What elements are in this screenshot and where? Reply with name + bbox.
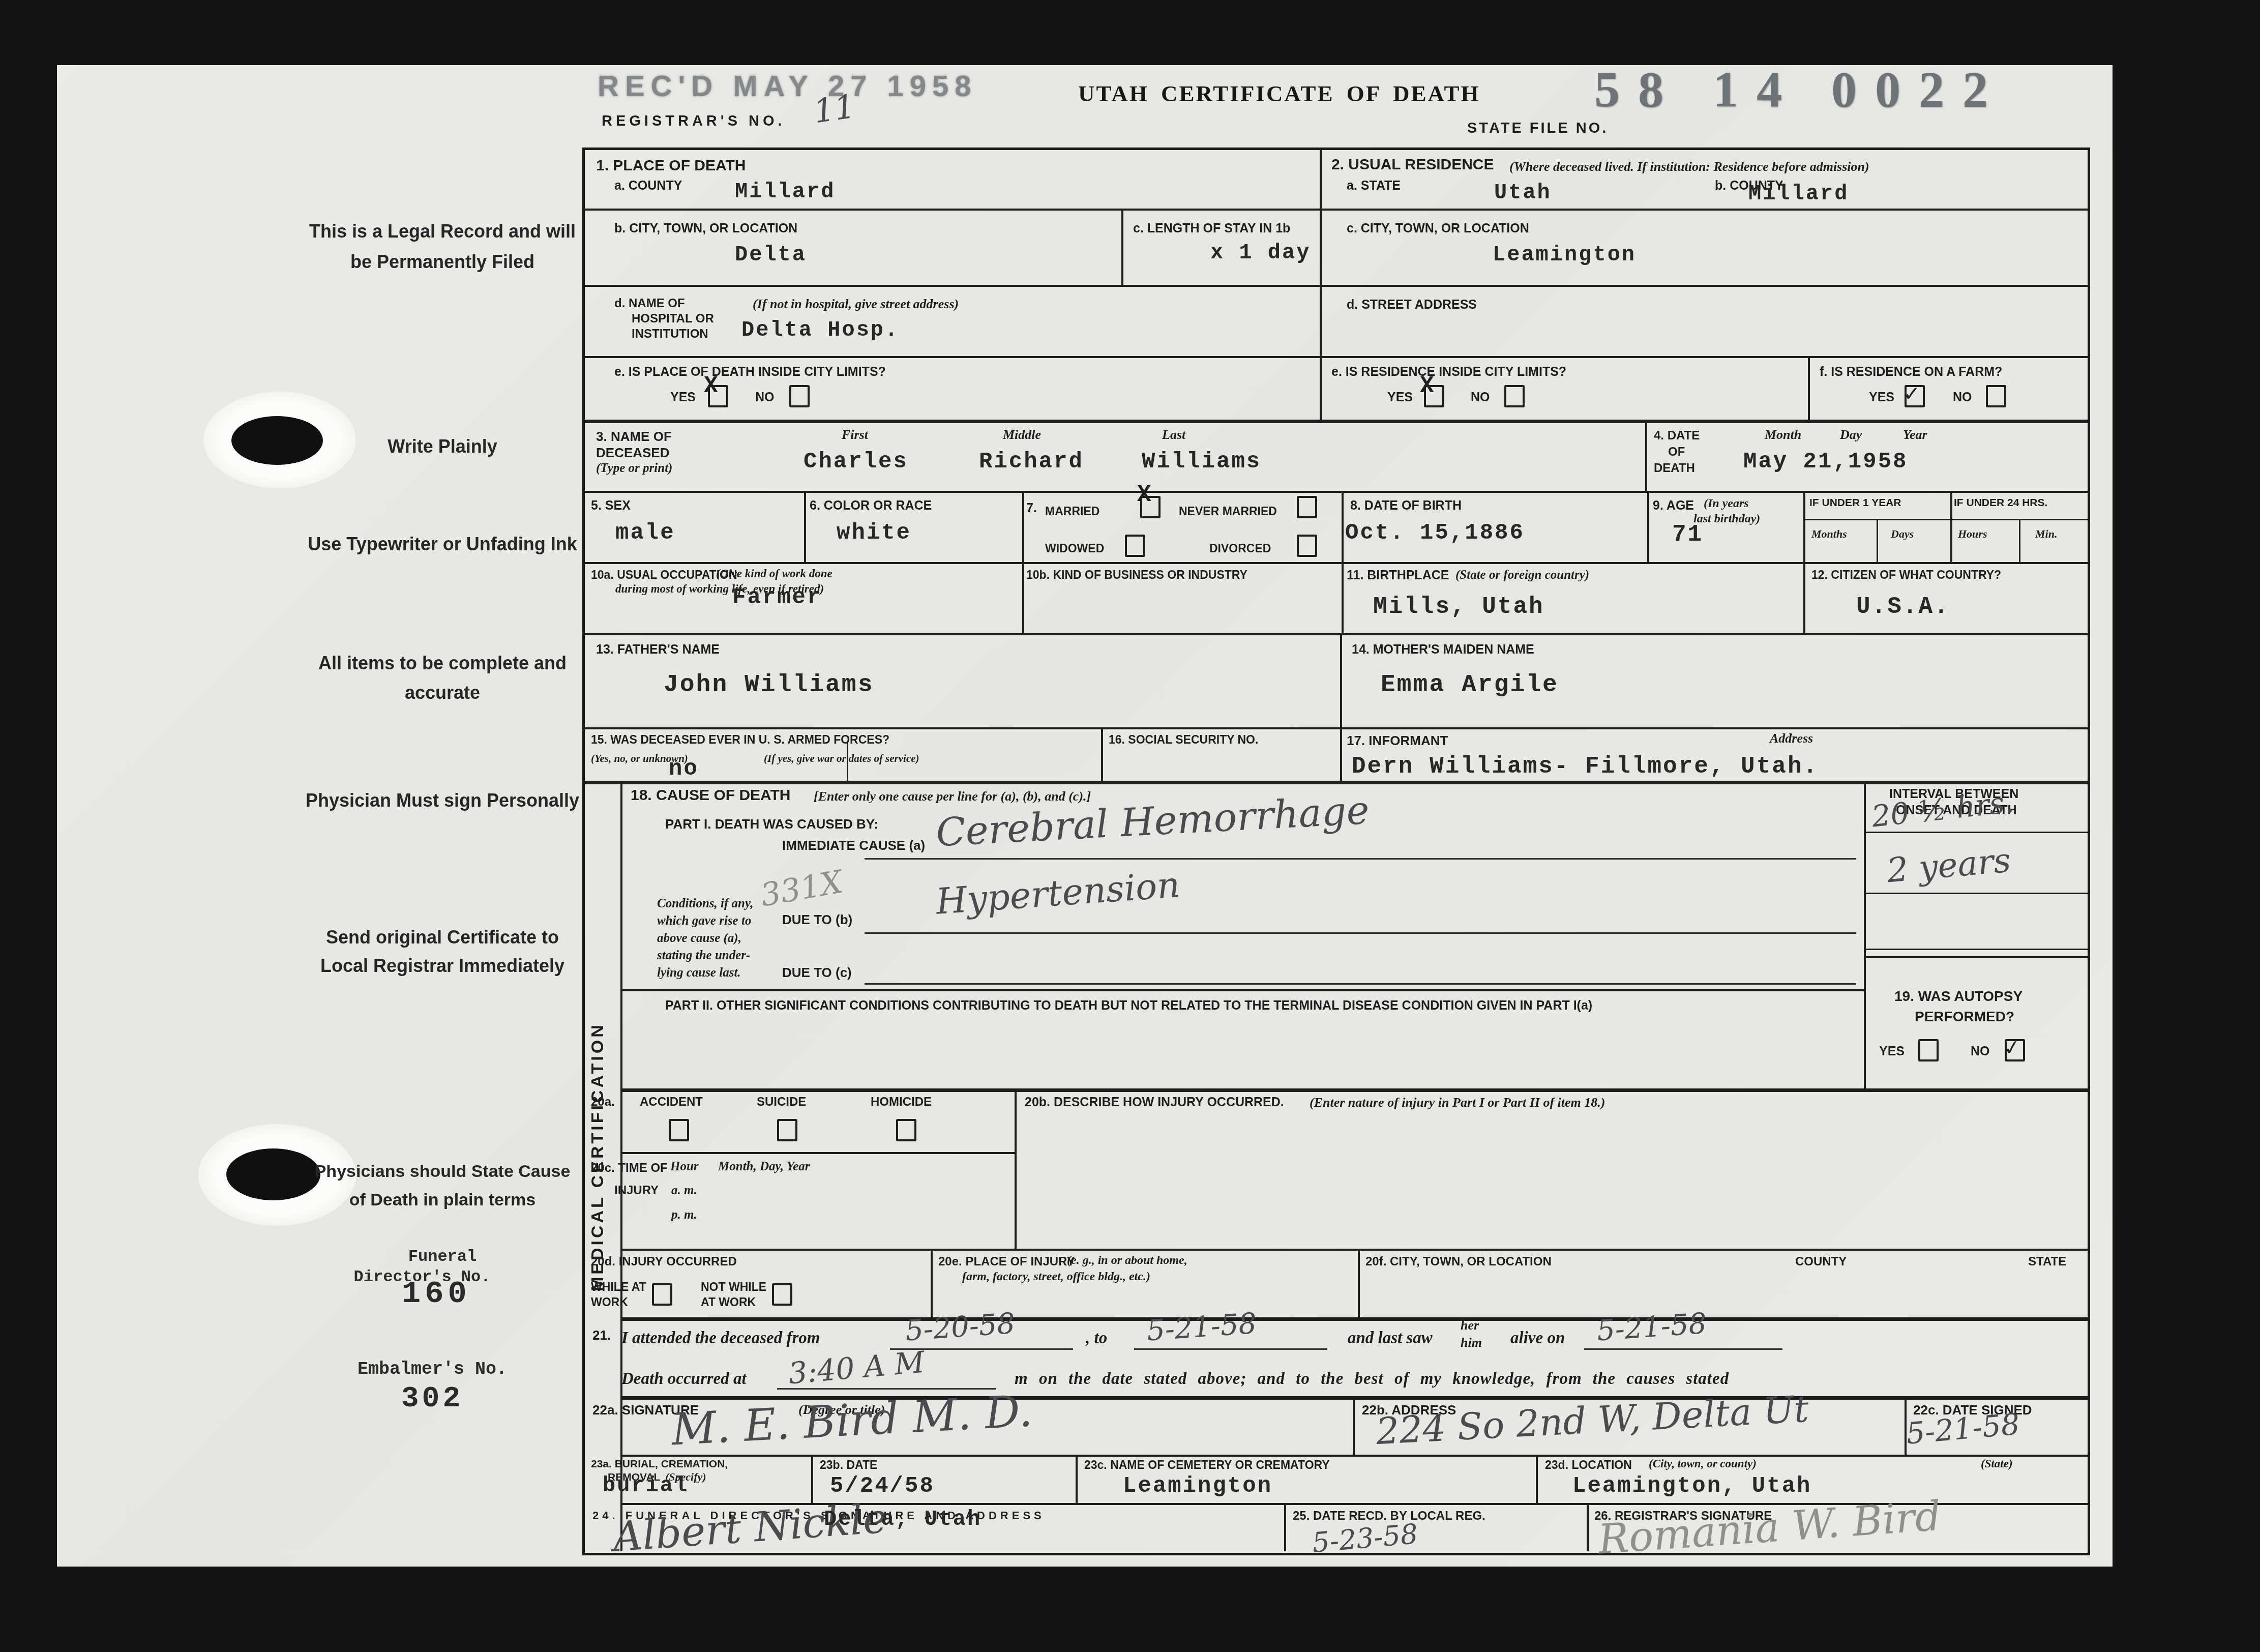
field21-text2: , to <box>1086 1329 1107 1348</box>
field3-title3: (Type or print) <box>596 461 672 476</box>
field2e-yes-label: YES <box>1387 390 1413 405</box>
margin-note-send-original: Send original Certificate to Local Regis… <box>305 923 580 980</box>
field1e-no-checkbox <box>789 385 810 407</box>
field2e-yes-mark: X <box>1420 373 1434 399</box>
field2f-no-label: NO <box>1953 390 1972 405</box>
state-file-label: STATE FILE NO. <box>1467 120 1608 137</box>
field2c-value: Leamington <box>1493 243 1636 267</box>
field14-value: Emma Argile <box>1381 671 1559 699</box>
field18-due-c-label: DUE TO (c) <box>782 965 852 981</box>
field9-note: (In years <box>1704 497 1749 511</box>
field4-title2: OF <box>1668 445 1685 459</box>
field20e-note1: (e. g., in or about home, <box>1067 1254 1187 1267</box>
field1-title: 1. PLACE OF DEATH <box>596 157 746 174</box>
field21-time-value: 3:40 A M <box>787 1344 926 1391</box>
field21-him-label: him <box>1461 1335 1482 1350</box>
field10a-value: Farmer <box>732 585 822 610</box>
field20a-homicide-label: HOMICIDE <box>871 1095 932 1109</box>
field20f-label: 20f. CITY, TOWN, OR LOCATION <box>1365 1255 1552 1269</box>
field21-to-date: 5-21-58 <box>1146 1307 1258 1348</box>
field15-label: 15. WAS DECEASED EVER IN U. S. ARMED FOR… <box>591 733 889 747</box>
field2a-label: a. STATE <box>1347 179 1401 193</box>
field2f-label: f. IS RESIDENCE ON A FARM? <box>1820 365 2002 379</box>
embalmers-no-value: 302 <box>356 1382 509 1415</box>
field1c-value: x 1 day <box>1210 241 1311 265</box>
field18-note: [Enter only one cause per line for (a), … <box>814 789 1091 804</box>
field20e-label: 20e. PLACE OF INJURY <box>938 1255 1075 1269</box>
field7-widowed-label: WIDOWED <box>1045 542 1104 555</box>
field20b-label: 20b. DESCRIBE HOW INJURY OCCURRED. <box>1025 1095 1284 1110</box>
field3-first-label: First <box>842 427 868 442</box>
field20a-suicide-label: SUICIDE <box>757 1095 806 1109</box>
field11-value: Mills, Utah <box>1373 594 1544 620</box>
field4-value: May 21,1958 <box>1743 449 1908 475</box>
field21-text3: and last saw <box>1348 1329 1433 1348</box>
field20d-while-checkbox <box>652 1283 672 1306</box>
field9-under1yr-label: IF UNDER 1 YEAR <box>1809 497 1901 509</box>
field17-value: Dern Williams- Fillmore, Utah. <box>1352 753 1819 780</box>
field18-part2-label: PART II. OTHER SIGNIFICANT CONDITIONS CO… <box>665 998 1592 1013</box>
field18-conditions-note3: above cause (a), <box>657 931 741 946</box>
field21-text1: I attended the deceased from <box>621 1329 820 1348</box>
field6-value: white <box>837 520 911 546</box>
field2a-value: Utah <box>1494 181 1552 205</box>
field7-married-mark: X <box>1137 482 1151 508</box>
field4-day-label: Day <box>1840 427 1862 442</box>
field20c-mdy-label: Month, Day, Year <box>718 1160 810 1174</box>
field18-label: 18. CAUSE OF DEATH <box>631 787 791 804</box>
field18-code-pencil: 331X <box>758 863 846 913</box>
field9-under24hrs-label: IF UNDER 24 HRS. <box>1954 497 2047 509</box>
field9-note2: last birthday) <box>1693 512 1760 526</box>
field1e-yes-mark: X <box>704 373 718 399</box>
field1c-label: c. LENGTH OF STAY IN 1b <box>1133 221 1290 236</box>
field19-yes-checkbox <box>1918 1039 1939 1061</box>
field23d-label: 23d. LOCATION <box>1545 1458 1632 1472</box>
field20c-label2: INJURY <box>614 1184 659 1198</box>
field18-conditions-note1: Conditions, if any, <box>657 897 753 911</box>
state-file-number: 58 14 0022 <box>1594 60 2006 119</box>
field12-label: 12. CITIZEN OF WHAT COUNTRY? <box>1811 568 2001 582</box>
field8-label: 8. DATE OF BIRTH <box>1350 498 1462 513</box>
field3-middle-value: Richard <box>979 449 1084 475</box>
field10a-note1: (Give kind of work done <box>716 567 832 580</box>
field20f-state-label: STATE <box>2028 1255 2066 1269</box>
field21-lastsaw-date: 5-21-58 <box>1596 1307 1708 1348</box>
field23d-note: (City, town, or county) <box>1649 1457 1757 1470</box>
field9-months-label: Months <box>1811 527 1847 541</box>
field20c-pm-label: p. m. <box>671 1208 697 1222</box>
field1d-label2: HOSPITAL OR <box>632 312 714 326</box>
field18-conditions-note5: lying cause last. <box>657 966 741 980</box>
field7-widowed-checkbox <box>1125 535 1145 557</box>
field13-label: 13. FATHER'S NAME <box>596 642 720 657</box>
margin-note-legal-record: This is a Legal Record and will be Perma… <box>305 216 580 277</box>
field19-label2: PERFORMED? <box>1915 1009 2014 1025</box>
field2d-label: d. STREET ADDRESS <box>1347 298 1477 312</box>
field3-middle-label: Middle <box>1003 427 1041 442</box>
field17-label: 17. INFORMANT <box>1347 733 1448 749</box>
margin-note-physician-sign: Physician Must sign Personally <box>305 786 580 815</box>
field7-divorced-checkbox <box>1297 535 1317 557</box>
field2c-label: c. CITY, TOWN, OR LOCATION <box>1347 221 1529 236</box>
field18-due-b-label: DUE TO (b) <box>782 912 852 928</box>
field20d-while-label: WHILE AT <box>591 1280 646 1294</box>
field6-label: 6. COLOR OR RACE <box>810 498 932 513</box>
field1d-value: Delta Hosp. <box>741 318 899 342</box>
medical-certification-vertical-label: MEDICAL CERTIFICATION <box>588 827 619 1488</box>
field3-first-value: Charles <box>804 449 908 475</box>
field7-number: 7. <box>1026 501 1037 516</box>
field2-title: 2. USUAL RESIDENCE <box>1331 156 1494 173</box>
margin-note-plain-terms: Physicians should State Cause of Death i… <box>305 1157 580 1214</box>
field18-immediate-cause-label: IMMEDIATE CAUSE (a) <box>782 838 925 853</box>
field21-number: 21. <box>592 1327 611 1343</box>
field1b-value: Delta <box>735 243 807 267</box>
field11-label: 11. BIRTHPLACE <box>1347 568 1449 583</box>
registrars-no-label: REGISTRAR'S NO. <box>602 113 786 130</box>
field9-min-label: Min. <box>2035 527 2057 541</box>
field23d-value: Leamington, Utah <box>1572 1473 1811 1499</box>
field2-note: (Where deceased lived. If institution: R… <box>1509 159 1869 174</box>
field20d-while-label2: WORK <box>591 1295 628 1309</box>
field2b-value: Millard <box>1748 182 1849 206</box>
field5-value: male <box>615 520 675 546</box>
field18-conditions-note4: stating the under- <box>657 949 750 963</box>
field21-text4: alive on <box>1510 1329 1565 1348</box>
field20a-accident-label: ACCIDENT <box>640 1095 703 1109</box>
field14-label: 14. MOTHER'S MAIDEN NAME <box>1352 642 1534 657</box>
field19-no-label: NO <box>1971 1044 1990 1059</box>
field23c-value: Leamington <box>1123 1473 1272 1499</box>
field20f-county-label: COUNTY <box>1795 1255 1847 1269</box>
field20d-label: 20d. INJURY OCCURRED <box>591 1255 737 1269</box>
field23a-value: burial <box>603 1473 689 1498</box>
field19-label1: 19. WAS AUTOPSY <box>1894 988 2023 1005</box>
field16-label: 16. SOCIAL SECURITY NO. <box>1109 733 1258 747</box>
field20c-am-label: a. m. <box>671 1184 697 1198</box>
field9-label: 9. AGE <box>1653 498 1694 513</box>
field20c-label1: 20c. TIME OF <box>591 1161 668 1175</box>
field3-title: 3. NAME OF <box>596 429 672 445</box>
field2f-no-checkbox <box>1986 385 2006 407</box>
field10b-label: 10b. KIND OF BUSINESS OR INDUSTRY <box>1026 568 1247 582</box>
field7-married-label: MARRIED <box>1045 505 1099 518</box>
field9-value: 71 <box>1672 521 1703 548</box>
embalmers-no-label: Embalmer's No. <box>315 1359 549 1379</box>
field2f-yes-label: YES <box>1869 390 1894 405</box>
field5-label: 5. SEX <box>591 498 631 513</box>
field4-title: 4. DATE <box>1654 429 1700 443</box>
field4-year-label: Year <box>1903 427 1927 442</box>
field10a-label: 10a. USUAL OCCUPATION <box>591 568 737 582</box>
field1d-note: (If not in hospital, give street address… <box>753 297 959 312</box>
registrars-no-value: 11 <box>811 88 857 131</box>
field23d-state-note: (State) <box>1981 1457 2013 1470</box>
field17-address-label: Address <box>1770 731 1813 746</box>
field18-conditions-note2: which gave rise to <box>657 914 751 928</box>
field7-never-married-label: NEVER MARRIED <box>1179 505 1277 518</box>
field20d-notwhile-label: NOT WHILE <box>701 1280 766 1294</box>
field7-divorced-label: DIVORCED <box>1209 542 1271 555</box>
field20a-accident-checkbox <box>669 1119 689 1141</box>
field11-note: (State or foreign country) <box>1455 568 1589 582</box>
scanned-death-certificate: REC'D MAY 27 1958 REGISTRAR'S NO. 11 UTA… <box>0 0 2260 1652</box>
field2f-yes-mark: ✓ <box>1905 379 1919 408</box>
field1a-label: a. COUNTY <box>614 179 682 193</box>
field20a-number: 20a. <box>591 1095 615 1109</box>
funeral-directors-no-label: Funeral <box>325 1247 559 1266</box>
field20d-notwhile-checkbox <box>772 1283 792 1306</box>
field3-title2: DECEASED <box>596 445 669 461</box>
field1e-yes-label: YES <box>670 390 696 405</box>
field1b-label: b. CITY, TOWN, OR LOCATION <box>614 221 797 236</box>
field21-from-date: 5-20-58 <box>904 1307 1016 1348</box>
field21-her-label: her <box>1461 1318 1479 1333</box>
margin-note-typewriter: Use Typewriter or Unfading Ink <box>305 529 580 559</box>
field15-value: no <box>669 756 699 782</box>
field1e-no-label: NO <box>755 390 775 405</box>
field20a-suicide-checkbox <box>777 1119 797 1141</box>
certificate-title: UTAH CERTIFICATE OF DEATH <box>1078 80 1480 107</box>
field12-value: U.S.A. <box>1856 594 1950 620</box>
field4-title3: DEATH <box>1654 461 1695 476</box>
field20a-homicide-checkbox <box>896 1119 916 1141</box>
field20e-note2: farm, factory, street, office bldg., etc… <box>962 1270 1150 1284</box>
field15-note2: (If yes, give war or dates of service) <box>764 752 919 765</box>
field21-text6: m on the date stated above; and to the b… <box>1015 1370 1729 1389</box>
certificate-form: MEDICAL CERTIFICATION <box>582 147 2090 1555</box>
margin-note-complete: All items to be complete and accurate <box>305 648 580 707</box>
field18-due-b-value: Hypertension <box>935 864 1181 922</box>
field25-value: 5-23-58 <box>1311 1518 1419 1559</box>
field2e-no-label: NO <box>1471 390 1490 405</box>
field2e-no-checkbox <box>1504 385 1525 407</box>
field1d-label3: INSTITUTION <box>632 327 708 341</box>
field18-part1-label: PART I. DEATH WAS CAUSED BY: <box>665 816 878 832</box>
field3-last-value: Williams <box>1142 449 1261 475</box>
field9-days-label: Days <box>1891 527 1914 541</box>
margin-note-write-plainly: Write Plainly <box>305 431 580 462</box>
field3-last-label: Last <box>1162 427 1185 442</box>
field20d-notwhile-label2: AT WORK <box>701 1295 756 1309</box>
field7-never-married-checkbox <box>1297 496 1317 518</box>
field23b-label: 23b. DATE <box>820 1458 877 1472</box>
field24-address-typed: Delta, Utah <box>824 1507 982 1531</box>
field18-interval-b-value: 2 years <box>1885 841 2012 891</box>
field1e-label: e. IS PLACE OF DEATH INSIDE CITY LIMITS? <box>614 365 886 379</box>
field19-yes-label: YES <box>1879 1044 1905 1059</box>
field9-hours-label: Hours <box>1958 527 1987 541</box>
field23c-label: 23c. NAME OF CEMETERY OR CREMATORY <box>1084 1458 1330 1472</box>
received-date-stamp: REC'D MAY 27 1958 <box>598 69 977 103</box>
field4-month-label: Month <box>1765 427 1801 442</box>
field2e-label: e. IS RESIDENCE INSIDE CITY LIMITS? <box>1331 365 1566 379</box>
field1d-label: d. NAME OF <box>614 297 685 311</box>
field21-text5: Death occurred at <box>621 1370 747 1389</box>
field20b-note: (Enter nature of injury in Part I or Par… <box>1310 1095 1605 1110</box>
field13-value: John Williams <box>664 671 874 699</box>
funeral-directors-no-value: 160 <box>402 1276 471 1312</box>
field1a-value: Millard <box>735 180 835 204</box>
field23a-label: 23a. BURIAL, CREMATION, <box>591 1458 728 1470</box>
field20c-hour-label: Hour <box>670 1160 699 1174</box>
field8-value: Oct. 15,1886 <box>1345 520 1525 546</box>
